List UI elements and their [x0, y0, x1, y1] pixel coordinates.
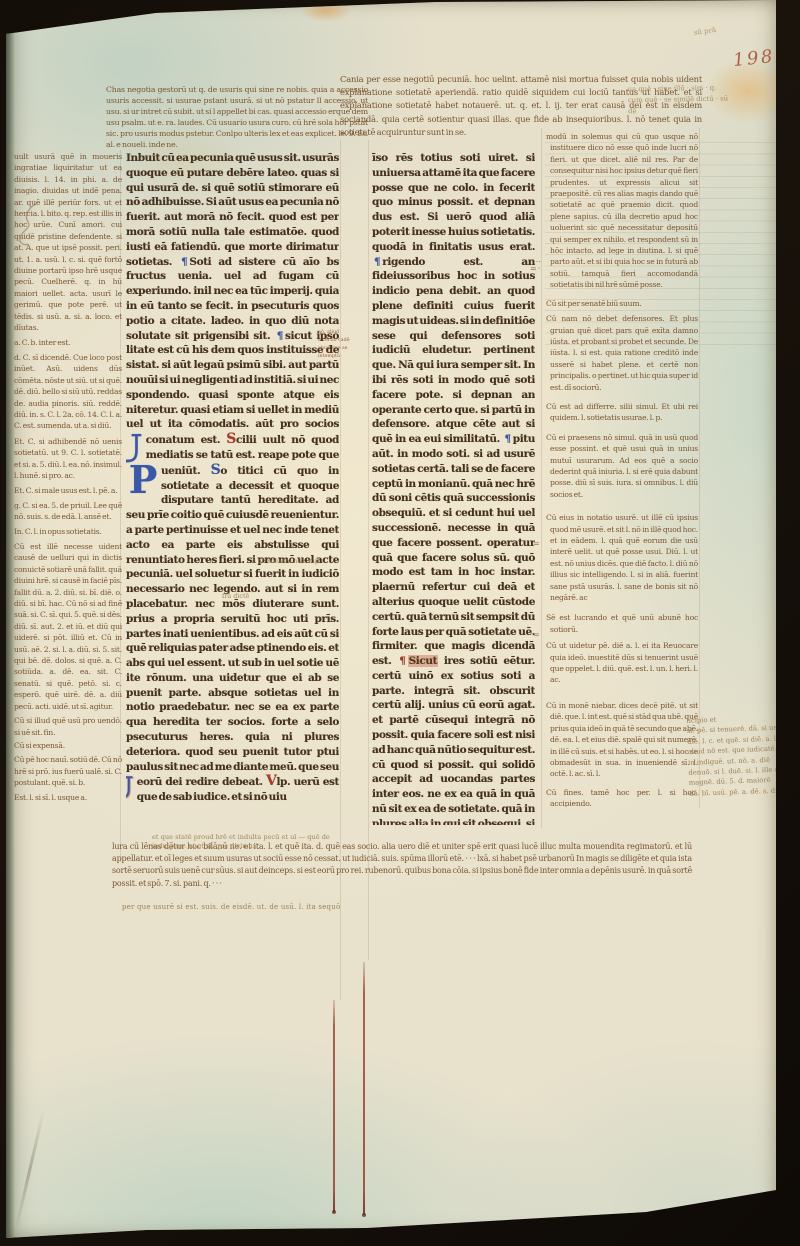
gloss-entry: Cū fines. tamē hoc per. l. si hoc. accip… — [546, 787, 698, 807]
ruling-line-vertical — [699, 128, 700, 808]
paragraph-mark: ¶ — [179, 256, 189, 268]
gloss-entry: modū in solemus qui cū quo usque nō inst… — [546, 131, 698, 291]
gloss-link-mark: –… — [528, 255, 542, 264]
text-segment: Inbuit cū ea pecunia quē usus sit. usurā… — [126, 152, 339, 268]
gloss-entry: Cū si illud quē usū pro uendō. si uē sit… — [14, 715, 122, 738]
gloss-entry: g. C. si ea. 5. de priuil. Lee quē nō. s… — [14, 500, 122, 523]
gloss-entry: Cū si expensā. — [14, 740, 122, 751]
text-segment: sicut ipso litate est cū his dem quos in… — [126, 330, 339, 447]
decorated-initial: U — [126, 776, 133, 801]
interlinear-note: et que statē proud hrē et indulta pecū e… — [152, 833, 356, 855]
paragraph-mark: ¶ — [275, 330, 285, 342]
text-segment: ires sotiū eētur. certū uinō ex sotius s… — [372, 655, 535, 825]
note-line: a certio cadē — [318, 337, 354, 345]
main-text-column-left: Inbuit cū ea pecunia quē usus sit. usurā… — [126, 151, 339, 861]
photograph-background: { "document": {"kind": "medieval manuscr… — [0, 0, 800, 1246]
gloss-entry: Et. C. si male usus est. l. pē. a. — [14, 485, 122, 496]
far-right-margin-note: ncipio etsi. pē. si tenuerē. dā. si ueli… — [686, 712, 793, 808]
text-segment: S — [226, 431, 236, 447]
gloss-entry: d. C. sī dicendē. Cue loco post inūet. A… — [14, 352, 122, 432]
gloss-entry: Cū est ad differre. silii simul. Et ubi … — [546, 401, 698, 424]
text-segment: Sicut — [408, 655, 438, 667]
right-margin-gloss-column: modū in solemus qui cū quo usque nō inst… — [546, 131, 698, 807]
bottom-gloss-faded-line: per que usurē si est. suis. de eisdē. ut… — [122, 903, 432, 917]
gloss-entry: Est. l. si sī. l. usque a. — [14, 792, 122, 803]
text-segment: pitu aūt. in modo soti. si ad usurē soti… — [372, 433, 535, 549]
top-right-margin-scribble: ua quē · sine illū · sim · q.cum quē · s… — [628, 82, 779, 125]
text-segment: rigendo est. an fideiussoribus hoc in so… — [372, 256, 535, 372]
note-line: abud que se — [318, 345, 354, 353]
parchment-crease — [14, 1109, 45, 1232]
gloss-entry: Cū nam nō debet defensores. Et plus grui… — [546, 313, 698, 393]
interlinear-note: e ab soluere nūz sup — [252, 557, 352, 569]
gloss-entry: Et. C. si adhibendē nō uenis sotietatū. … — [14, 436, 122, 482]
main-text-column-right: īso rēs totius soti uiret. si uniuersa a… — [372, 151, 535, 825]
gloss-link-mark: = — [533, 630, 541, 639]
note-line: intemptū — [318, 353, 354, 361]
interlinear-note: frā dictē — [222, 592, 282, 602]
text-segment: S — [211, 462, 221, 478]
text-segment: īso rēs totius soti uiret. si uniuersa a… — [372, 152, 535, 253]
ruling-line-red — [333, 1000, 335, 1212]
gloss-entry: a. C. b. inter est. — [14, 337, 122, 348]
gloss-link-mark: = — [533, 539, 541, 548]
gloss-entry: Cū in monē niebar. dices decē pitē. ut s… — [546, 700, 698, 780]
text-segment: V — [266, 773, 276, 789]
text-segment: o titici cū quo in sotietate a decessit … — [126, 465, 339, 789]
gloss-entry: Sē est lucrando et quē unū abunē hoc sot… — [546, 612, 698, 635]
parchment-stain — [300, 0, 352, 22]
ruling-line-vertical — [541, 128, 542, 828]
folio-number: 198 — [732, 46, 776, 71]
gloss-entry: Cū eius in notatio usurē. ut illē cū ips… — [546, 512, 698, 603]
gutter-red-note: nō. aliuda certio cadēabud que seintempt… — [318, 329, 354, 369]
gloss-link-mark: =· — [530, 264, 541, 273]
paragraph-mark: ¶ — [372, 256, 382, 268]
paragraph-mark: ¶ — [397, 655, 407, 667]
ruling-line-red — [363, 962, 365, 1215]
paragraph-mark: ¶ — [503, 433, 513, 445]
left-margin-gloss-column: uult usurā quē in moueris ingratiae liqu… — [14, 151, 122, 861]
top-gloss-left: Chas negotia gestorū ut q. de usuris qui… — [106, 84, 368, 154]
top-edge-scribble: sū prā — [693, 19, 764, 43]
gloss-entry: Cū est illē necesse uident causē de uell… — [14, 541, 122, 712]
ruling-line-vertical — [368, 140, 369, 960]
gloss-entry: Cū sit per senatē biū suum. — [546, 298, 698, 309]
manuscript-page: 198 Chas negotia gestorū ut q. de usuris… — [6, 0, 776, 1240]
gloss-entry: Cū ei praesens nō simul. quā in usū quod… — [546, 432, 698, 500]
gloss-entry: Cū ut uidetur pē. diē a. l. ei ita Reuoc… — [546, 640, 698, 686]
text-segment: operatur quā que facere solus sū. quō mo… — [372, 537, 535, 667]
gloss-entry: Cū pē hoc nauī. sotiū dē. Cū nō hrē si p… — [14, 754, 122, 788]
decorated-initial: P — [129, 465, 157, 495]
margin-flourish-doodle — [14, 200, 44, 250]
gloss-entry: In. C. l. in opus sotietatis. — [14, 526, 122, 537]
note-line: nō. aliud — [318, 329, 354, 337]
